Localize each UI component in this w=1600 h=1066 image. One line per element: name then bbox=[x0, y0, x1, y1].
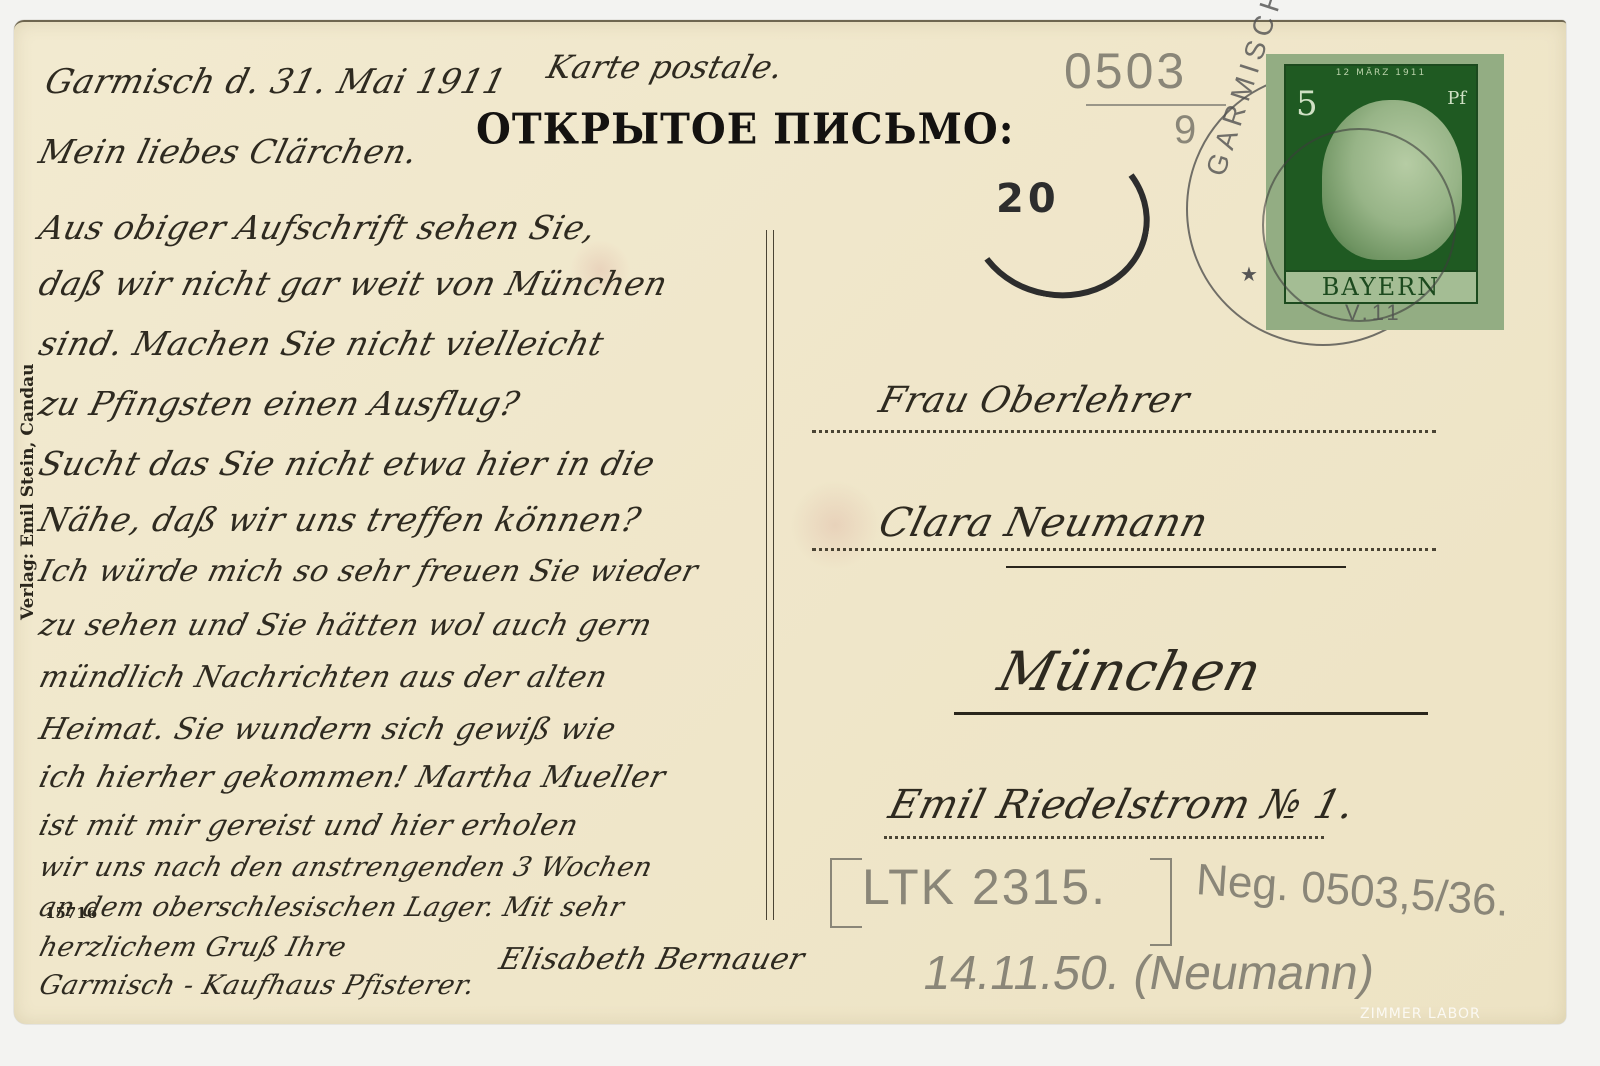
address-dotted-line bbox=[812, 430, 1436, 433]
watermark: ZIMMER LABOR bbox=[1360, 1006, 1481, 1022]
archive-date-ref: 14.11.50. (Neumann) bbox=[919, 946, 1379, 1001]
address-line-salutation: Frau Oberlehrer bbox=[875, 380, 1194, 421]
message-line: ich hierher gekommen! Martha Mueller bbox=[36, 760, 670, 795]
archive-ltk-ref: LTK 2315. bbox=[862, 858, 1107, 916]
address-street: Emil Riedelstrom № 1. bbox=[884, 782, 1359, 828]
message-line: an dem oberschlesischen Lager. Mit sehr bbox=[36, 892, 627, 923]
message-line: Mein liebes Clärchen. bbox=[35, 132, 422, 171]
address-dotted-line bbox=[884, 836, 1324, 839]
postmark-date: V.11 bbox=[1345, 300, 1403, 326]
message-line: mündlich Nachrichten aus der alten bbox=[36, 660, 611, 695]
message-line: zu Pfingsten einen Ausflug? bbox=[35, 384, 524, 423]
message-line: Garmisch - Kaufhaus Pfisterer. bbox=[36, 970, 478, 1001]
address-divider bbox=[766, 230, 774, 920]
message-line: Aus obiger Aufschrift sehen Sie, bbox=[35, 208, 600, 247]
postmark-inner-ring bbox=[1262, 128, 1456, 322]
message-line: Ich würde mich so sehr freuen Sie wieder bbox=[36, 554, 702, 589]
archive-number: 0503 bbox=[1064, 42, 1187, 100]
message-line: Heimat. Sie wundern sich gewiß wie bbox=[36, 712, 620, 747]
message-line: zu sehen und Sie hätten wol auch gern bbox=[36, 608, 656, 643]
archive-number-rule bbox=[1086, 104, 1226, 106]
karte-postale-label: Karte postale. bbox=[543, 48, 787, 86]
date-line: Garmisch d. 31. Mai 1911 bbox=[41, 62, 511, 102]
bracket-left bbox=[830, 858, 862, 928]
message-line: sind. Machen Sie nicht vielleicht bbox=[35, 324, 608, 363]
message-line: daß wir nicht gar weit von München bbox=[35, 264, 672, 303]
address-dotted-line bbox=[812, 548, 1436, 551]
message-line: wir uns nach den anstrengenden 3 Wochen bbox=[36, 852, 656, 883]
stain bbox=[790, 480, 880, 570]
star-icon: ★ bbox=[1240, 262, 1258, 287]
stamp-value: 5 bbox=[1296, 84, 1318, 124]
message-line: ist mit mir gereist und hier erholen bbox=[36, 808, 582, 842]
message-line: Nähe, daß wir uns treffen können? bbox=[35, 500, 645, 539]
address-city: München bbox=[992, 640, 1268, 703]
printed-heading: ОТКРЫТОЕ ПИСЬМО: bbox=[476, 105, 1014, 154]
cancel-number: 20 bbox=[996, 176, 1060, 222]
signature: Elisabeth Bernauer bbox=[496, 942, 809, 977]
name-underline bbox=[1006, 566, 1346, 568]
stamp-inscription: 12 MÄRZ 1911 bbox=[1286, 68, 1476, 78]
publisher-imprint: Verlag: Emil Stein, Candau bbox=[18, 363, 38, 620]
city-underline bbox=[954, 712, 1428, 715]
archive-subnumber: 9 bbox=[1174, 108, 1196, 153]
stamp-unit: Pf bbox=[1447, 88, 1466, 109]
address-line-name: Clara Neumann bbox=[874, 500, 1213, 546]
message-line: herzlichem Gruß Ihre bbox=[36, 932, 350, 963]
message-line: Sucht das Sie nicht etwa hier in die bbox=[35, 444, 659, 483]
bracket-right bbox=[1150, 858, 1172, 946]
